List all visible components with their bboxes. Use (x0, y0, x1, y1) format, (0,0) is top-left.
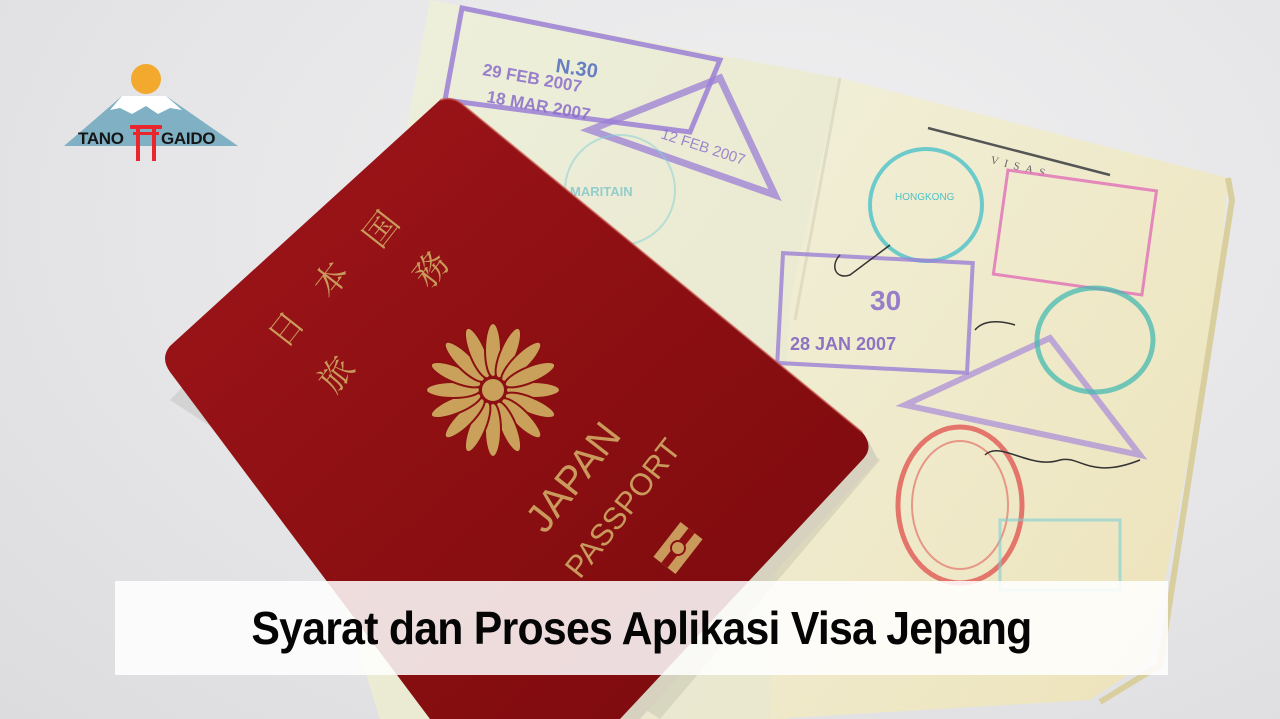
svg-text:MARITAIN: MARITAIN (570, 184, 633, 199)
svg-text:HONGKONG: HONGKONG (895, 192, 955, 203)
svg-text:28 JAN 2007: 28 JAN 2007 (790, 334, 896, 354)
thumbnail-image: VISAS 29 FEB 2007 18 MAR 2007 N.30 12 FE… (0, 0, 1280, 719)
tano-gaido-logo[interactable]: TANO GAIDO (62, 62, 240, 162)
logo-text-left: TANO (78, 129, 124, 149)
chrysanthemum-icon (426, 323, 560, 457)
logo-text-right: GAIDO (161, 129, 215, 149)
svg-text:30: 30 (870, 285, 901, 316)
page-title: Syarat dan Proses Aplikasi Visa Jepang (251, 601, 1031, 655)
title-banner: Syarat dan Proses Aplikasi Visa Jepang (115, 581, 1168, 675)
